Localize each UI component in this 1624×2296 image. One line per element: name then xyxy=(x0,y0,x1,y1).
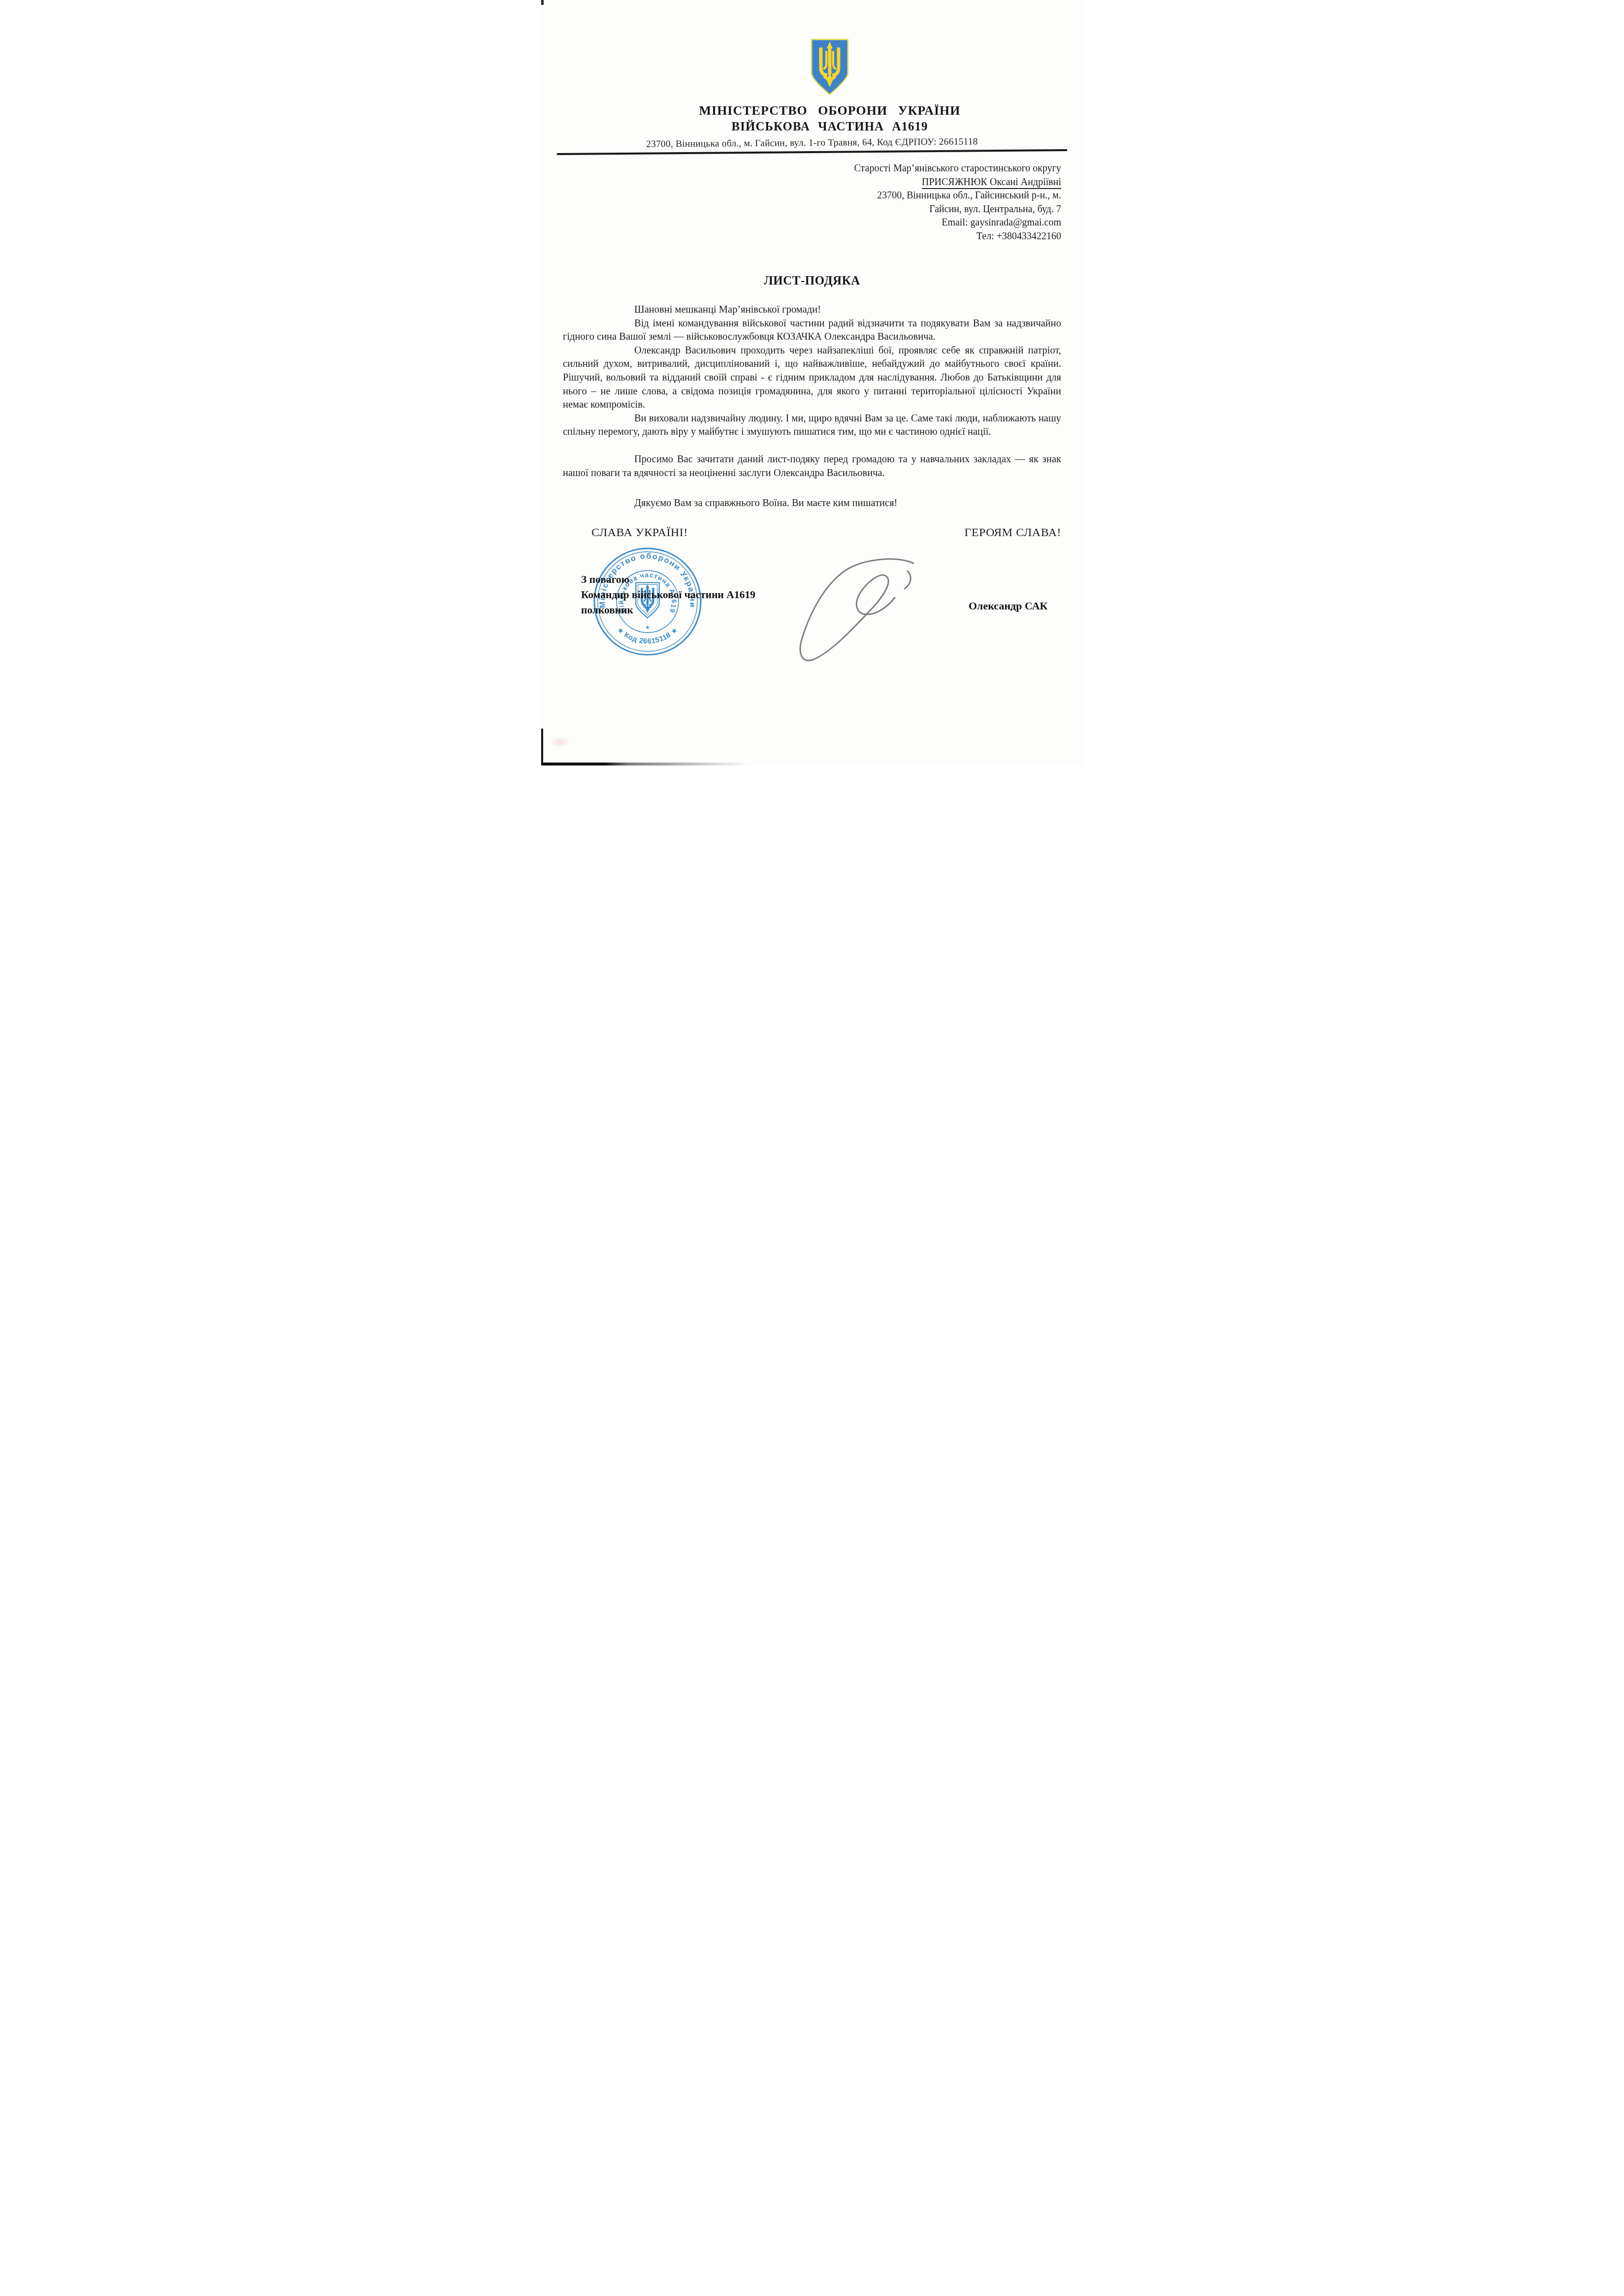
unit-address: 23700, Вінницька обл., м. Гайсин, вул. 1… xyxy=(563,135,1061,151)
signoff-position: Командир військової частини А1619 xyxy=(581,587,755,603)
scanned-letter-page: МІНІСТЕРСТВО ОБОРОНИ УКРАЇНИ ВІЙСЬКОВА Ч… xyxy=(541,0,1083,765)
signoff-regards: З повагою xyxy=(581,572,755,587)
recipient-phone-line: Тел: +380433422160 xyxy=(563,230,1061,244)
paragraph: Ви виховали надзвичайну людину. І ми, щи… xyxy=(563,412,1061,439)
commander-name: Олександр САК xyxy=(969,600,1048,612)
recipient-line: Гайсин, вул. Центральна, буд. 7 xyxy=(563,203,1061,217)
recipient-block: Старості Мар’янівського старостинського … xyxy=(541,162,1083,243)
scan-artifact-left-edge xyxy=(541,729,543,765)
military-unit-name: ВІЙСЬКОВА ЧАСТИНА А1619 xyxy=(581,119,1079,135)
paragraph: Олександр Васильович проходить через най… xyxy=(563,344,1061,412)
recipient-name-line: ПРИСЯЖНЮК Оксані Андріївні xyxy=(563,176,1061,190)
salutation: Шановні мешканці Мар’янівської громади! xyxy=(541,303,1083,317)
scan-artifact-smudge xyxy=(550,736,570,747)
letterhead: МІНІСТЕРСТВО ОБОРОНИ УКРАЇНИ ВІЙСЬКОВА Ч… xyxy=(541,0,1083,153)
recipient-email-line: Email: gaysinrada@gmai.com xyxy=(563,216,1061,230)
recipient-line: 23700, Вінницька обл., Гайсинський р-н.,… xyxy=(563,189,1061,203)
thanks-line: Дякуємо Вам за справжнього Воїна. Ви має… xyxy=(541,497,1083,510)
paragraph: Від імені командування військової частин… xyxy=(563,317,1061,344)
signature-area: Міністерство оборони України Військова ч… xyxy=(541,540,1083,672)
slogan-slava-ukraini: СЛАВА УКРАЇНІ! xyxy=(591,526,688,540)
recipient-line: Старості Мар’янівського старостинського … xyxy=(563,162,1061,176)
document-title: ЛИСТ-ПОДЯКА xyxy=(541,274,1083,288)
letter-body: Від імені командування військової частин… xyxy=(541,317,1083,480)
ministry-name: МІНІСТЕРСТВО ОБОРОНИ УКРАЇНИ xyxy=(581,103,1079,119)
handwritten-signature xyxy=(757,554,919,672)
signoff-rank: полковник xyxy=(581,603,755,618)
scan-artifact-top-left xyxy=(541,0,544,5)
signoff-block: З повагою Командир військової частини А1… xyxy=(581,572,755,618)
slogan-heroiam-slava: ГЕРОЯМ СЛАВА! xyxy=(965,526,1061,540)
ukraine-coat-of-arms-icon xyxy=(809,37,851,96)
slogan-row: СЛАВА УКРАЇНІ! ГЕРОЯМ СЛАВА! xyxy=(541,526,1083,540)
stamp-center-star: ★ xyxy=(645,625,650,631)
paragraph: Просимо Вас зачитати даний лист-подяку п… xyxy=(563,453,1061,480)
scan-artifact-bottom-streak xyxy=(541,763,748,765)
